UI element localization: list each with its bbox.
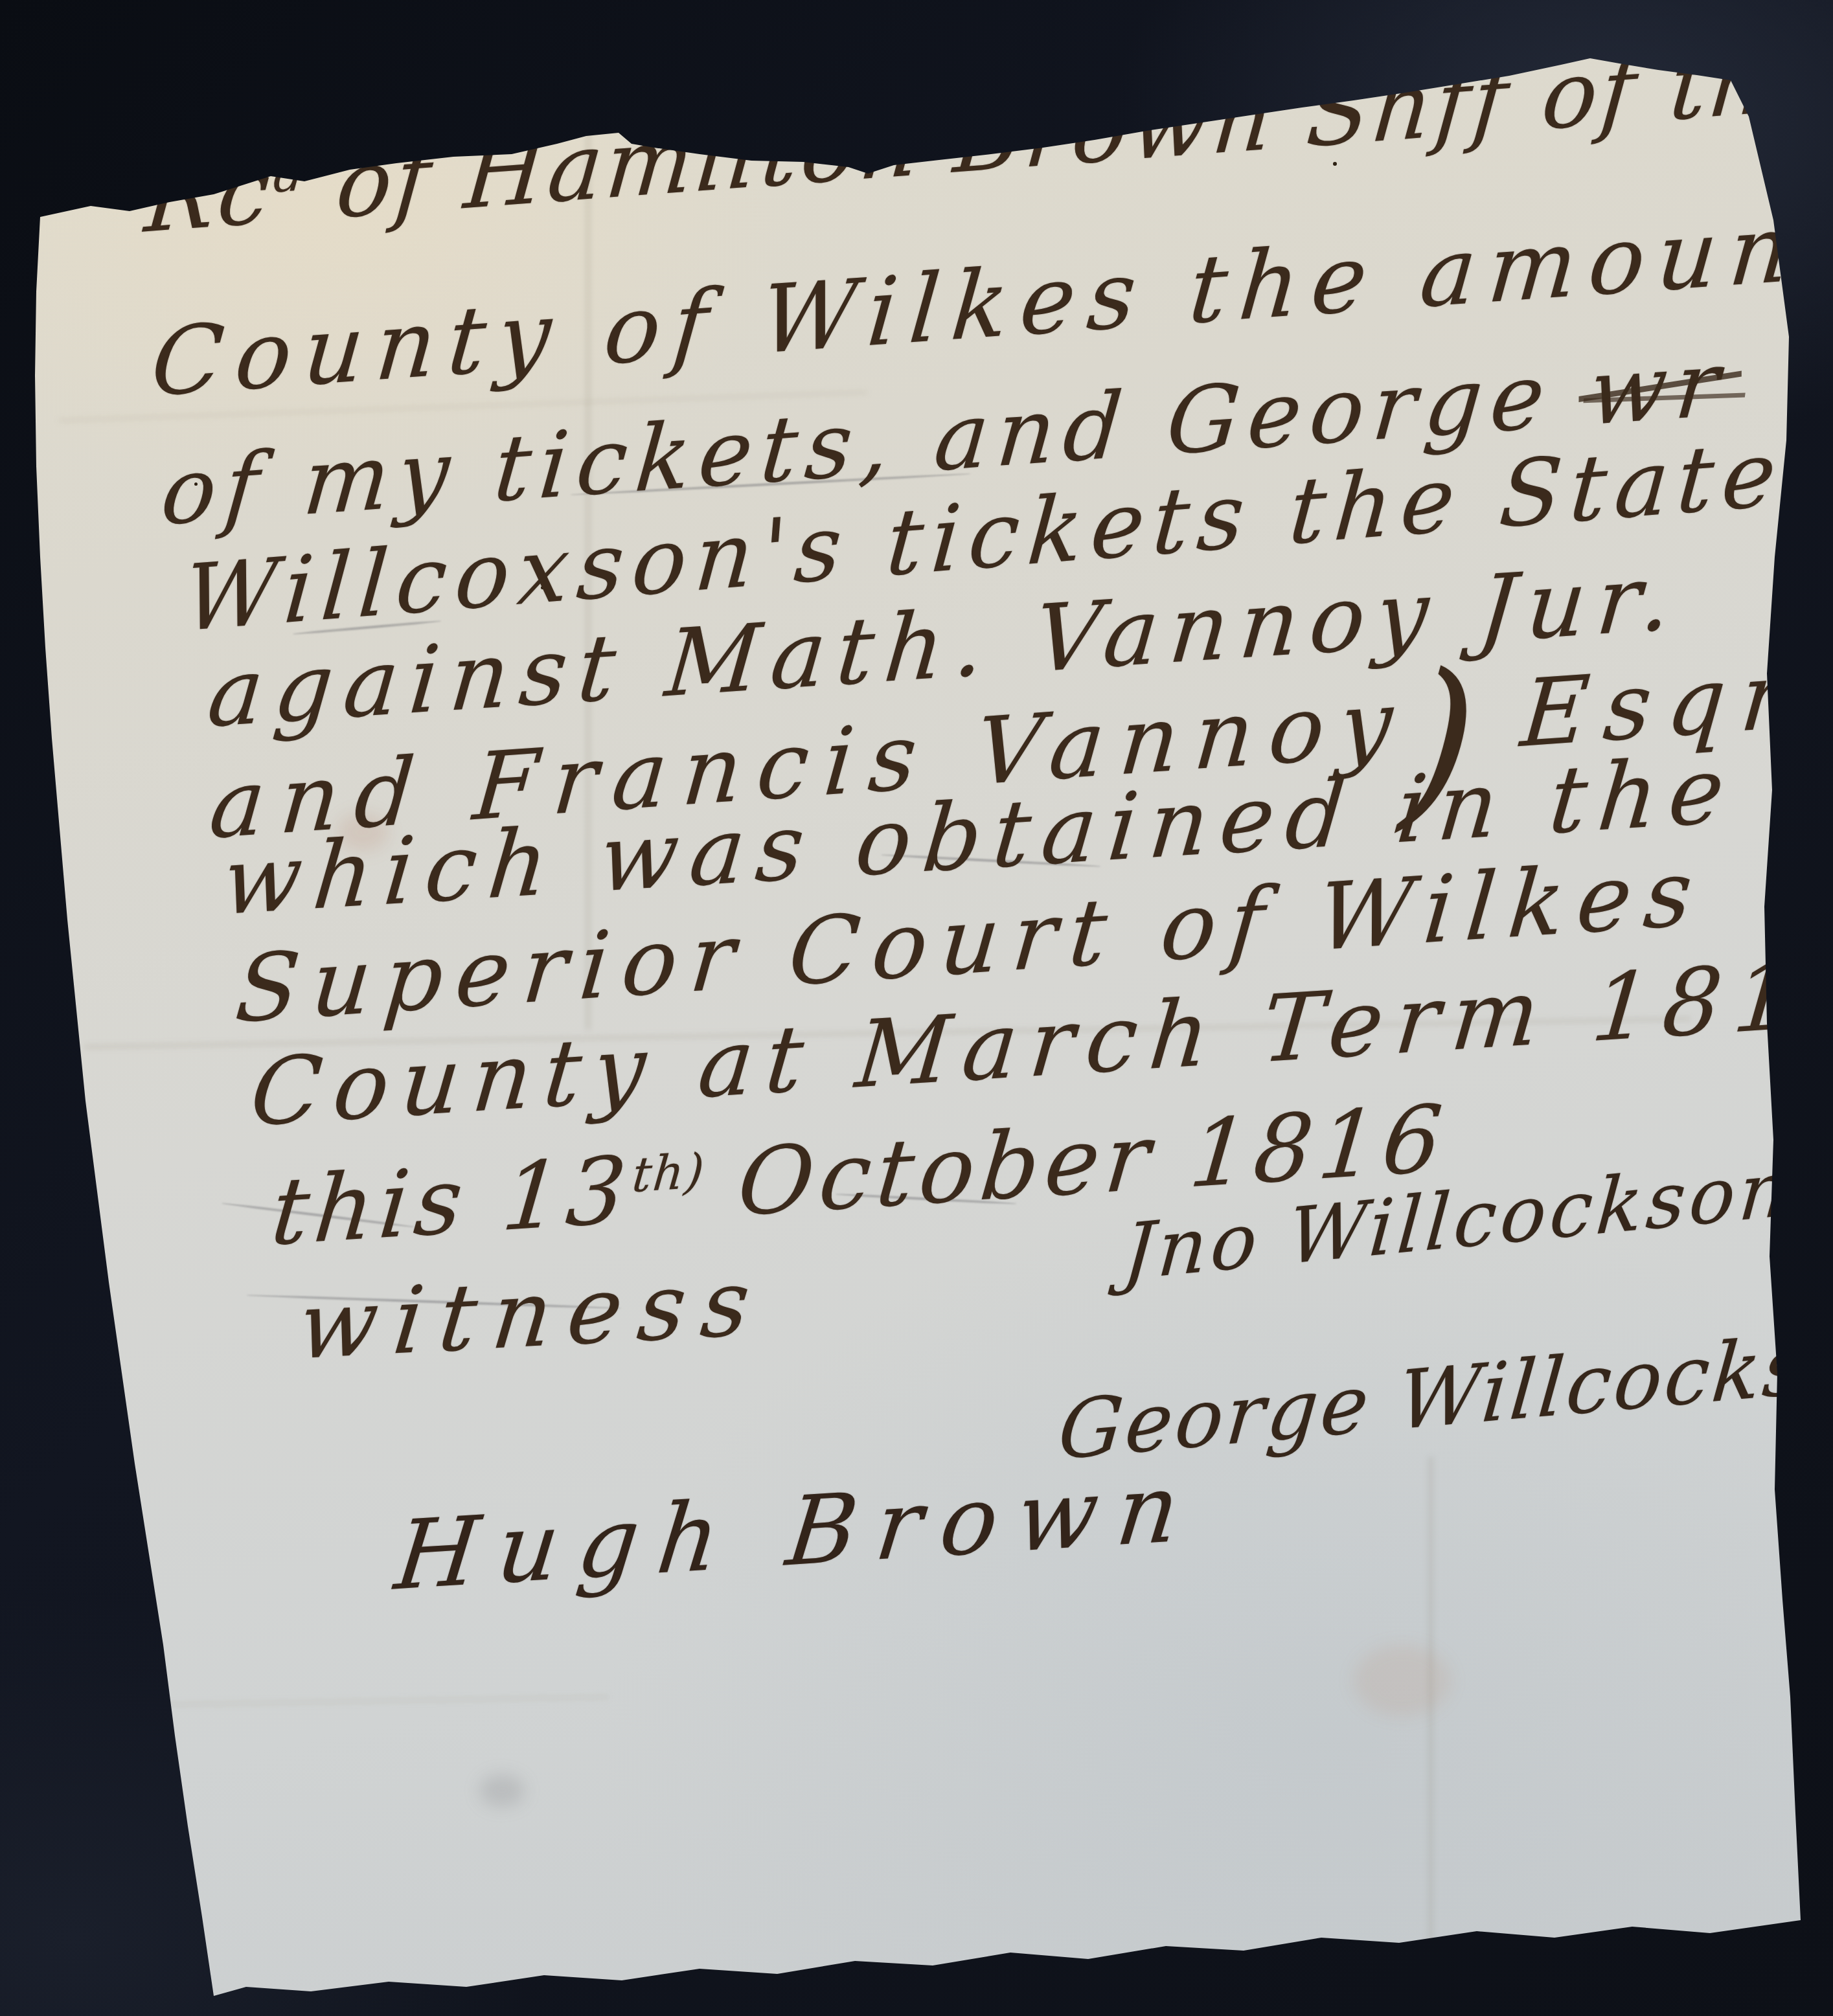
line-1-pre: Rc — [141, 137, 277, 254]
line-1-superscript: d — [271, 146, 308, 204]
photo-background: Rcd of Hamilton Brown Shff of the County… — [0, 0, 1833, 2016]
line-3-struck-word: wr — [1586, 338, 1731, 439]
vertical-crease — [1428, 1457, 1433, 1995]
ink-speck — [1260, 87, 1265, 92]
signature-hugh-brown: Hugh Brown — [391, 1460, 1203, 1604]
line-10-superscript: th) — [630, 1143, 708, 1204]
paper-stain — [1354, 1645, 1451, 1716]
line-10-pre: this 13 — [267, 1136, 636, 1266]
horizontal-crease — [78, 1695, 609, 1708]
pencil-smudge — [479, 1774, 525, 1807]
document-paper: Rcd of Hamilton Brown Shff of the County… — [0, 0, 1833, 2016]
signature-george-willcockson: George Willcockson — [1056, 1316, 1833, 1472]
handwriting-line-11-witness-label: witness — [294, 1256, 769, 1374]
